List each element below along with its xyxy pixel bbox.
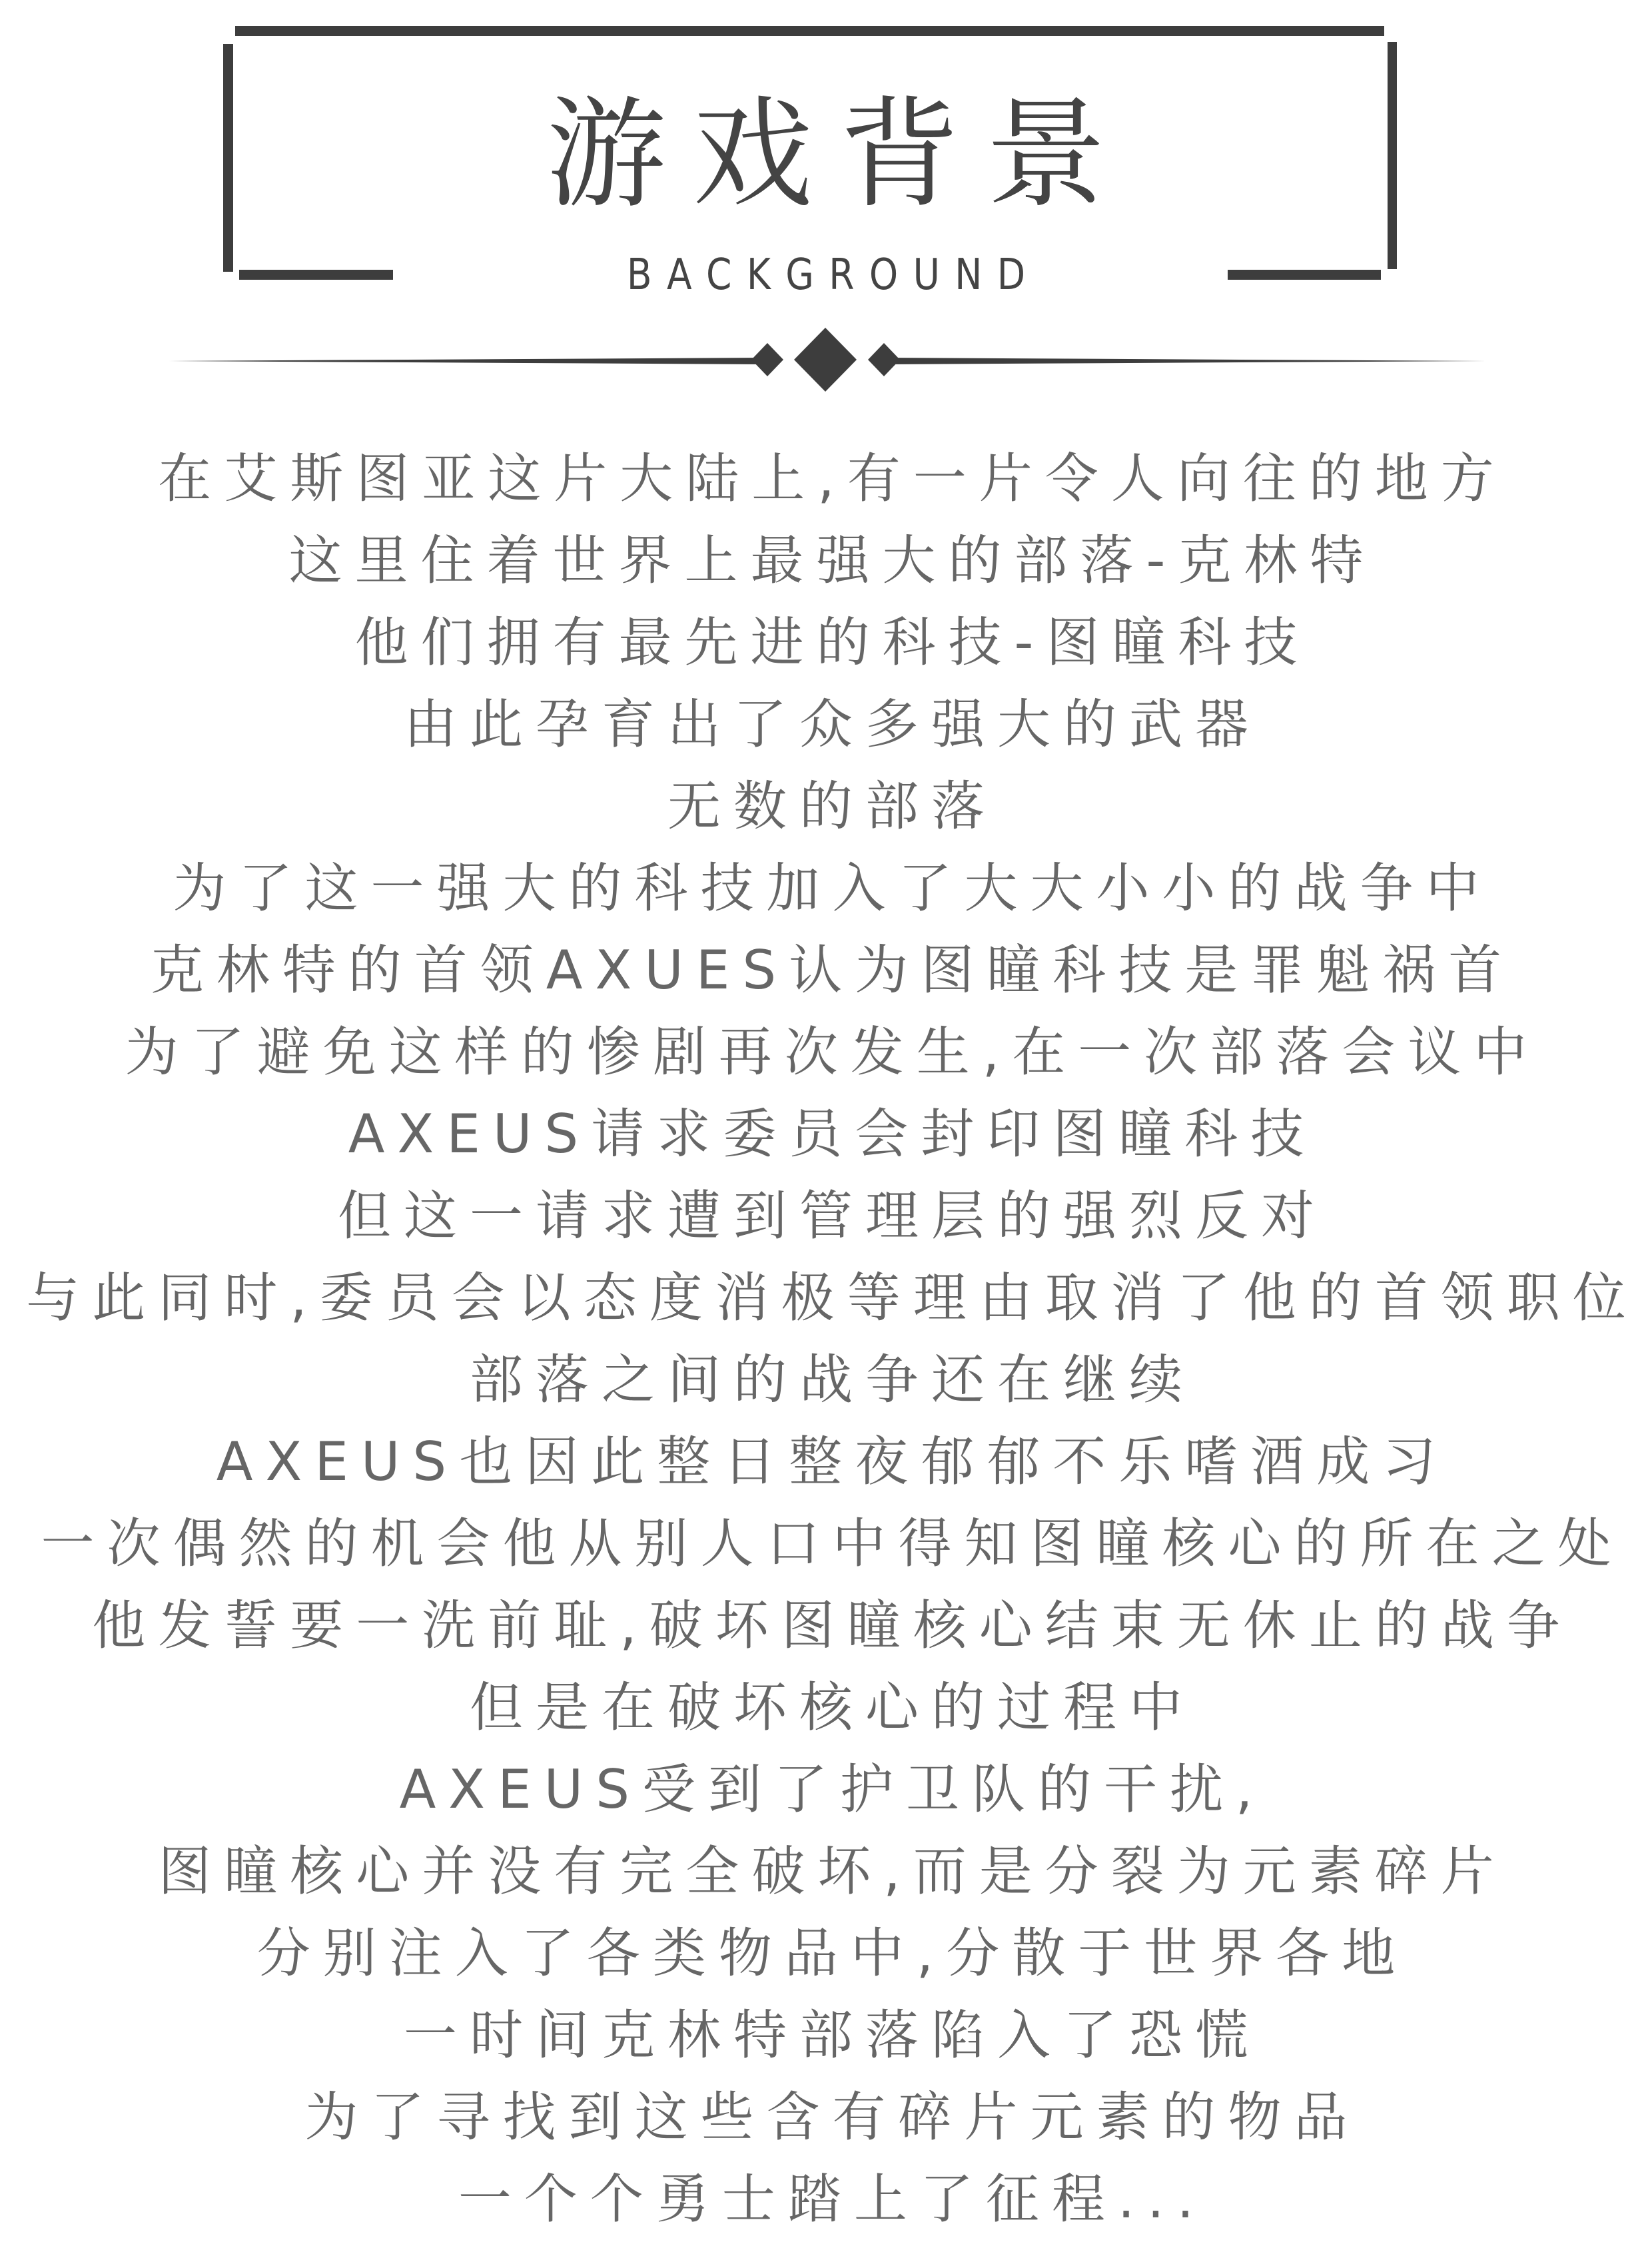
triple-diamond-divider-icon (0, 320, 1652, 406)
story-line: 图瞳核心并没有完全破坏,而是分裂为元素碎片 (0, 1830, 1652, 1912)
story-line: 但是在破坏核心的过程中 (0, 1667, 1652, 1748)
story-line: 克林特的首领AXUES认为图瞳科技是罪魁祸首 (0, 929, 1652, 1011)
story-line: AXEUS也因此整日整夜郁郁不乐嗜酒成习 (0, 1421, 1652, 1503)
story-line: AXEUS受到了护卫队的干扰, (0, 1748, 1652, 1830)
story-line: 分别注入了各类物品中,分散于世界各地 (0, 1912, 1652, 1994)
divider-line-left (165, 358, 766, 364)
story-line: 但这一请求遭到管理层的强烈反对 (0, 1175, 1652, 1257)
small-diamond-left-icon (751, 343, 783, 376)
story-line: 一次偶然的机会他从别人口中得知图瞳核心的所在之处 (0, 1503, 1652, 1585)
story-line: AXEUS请求委员会封印图瞳科技 (0, 1093, 1652, 1175)
story-line: 在艾斯图亚这片大陆上,有一片令人向往的地方 (0, 438, 1652, 520)
story-line: 这里住着世界上最强大的部落-克林特 (0, 520, 1652, 601)
small-diamond-right-icon (868, 343, 900, 376)
story-line: 他们拥有最先进的科技-图瞳科技 (0, 601, 1652, 683)
story-line: 他发誓要一洗前耻,破坏图瞳核心结束无休止的战争 (0, 1585, 1652, 1667)
story-line: 部落之间的战争还在继续 (0, 1339, 1652, 1421)
story-line: 由此孕育出了众多强大的武器 (0, 683, 1652, 765)
story-line: 一时间克林特部落陷入了恐慌 (0, 1994, 1652, 2076)
story-line: 与此同时,委员会以态度消极等理由取消了他的首领职位 (0, 1257, 1652, 1339)
page-title: 游戏背景 (0, 85, 1652, 225)
story-text: 在艾斯图亚这片大陆上,有一片令人向往的地方 这里住着世界上最强大的部落-克林特 … (0, 438, 1652, 2240)
story-line: 为了避免这样的惨剧再次发生,在一次部落会议中 (0, 1011, 1652, 1093)
divider-line-right (886, 358, 1486, 364)
frame-top-bar (235, 26, 1384, 36)
story-line: 一个个勇士踏上了征程... (0, 2158, 1652, 2240)
story-line: 无数的部落 (0, 765, 1652, 847)
page-subtitle: BACKGROUND (116, 252, 1537, 298)
large-diamond-center-icon (794, 328, 857, 392)
story-line: 为了寻找到这些含有碎片元素的物品 (0, 2076, 1652, 2158)
story-line: 为了这一强大的科技加入了大大小小的战争中 (0, 847, 1652, 929)
